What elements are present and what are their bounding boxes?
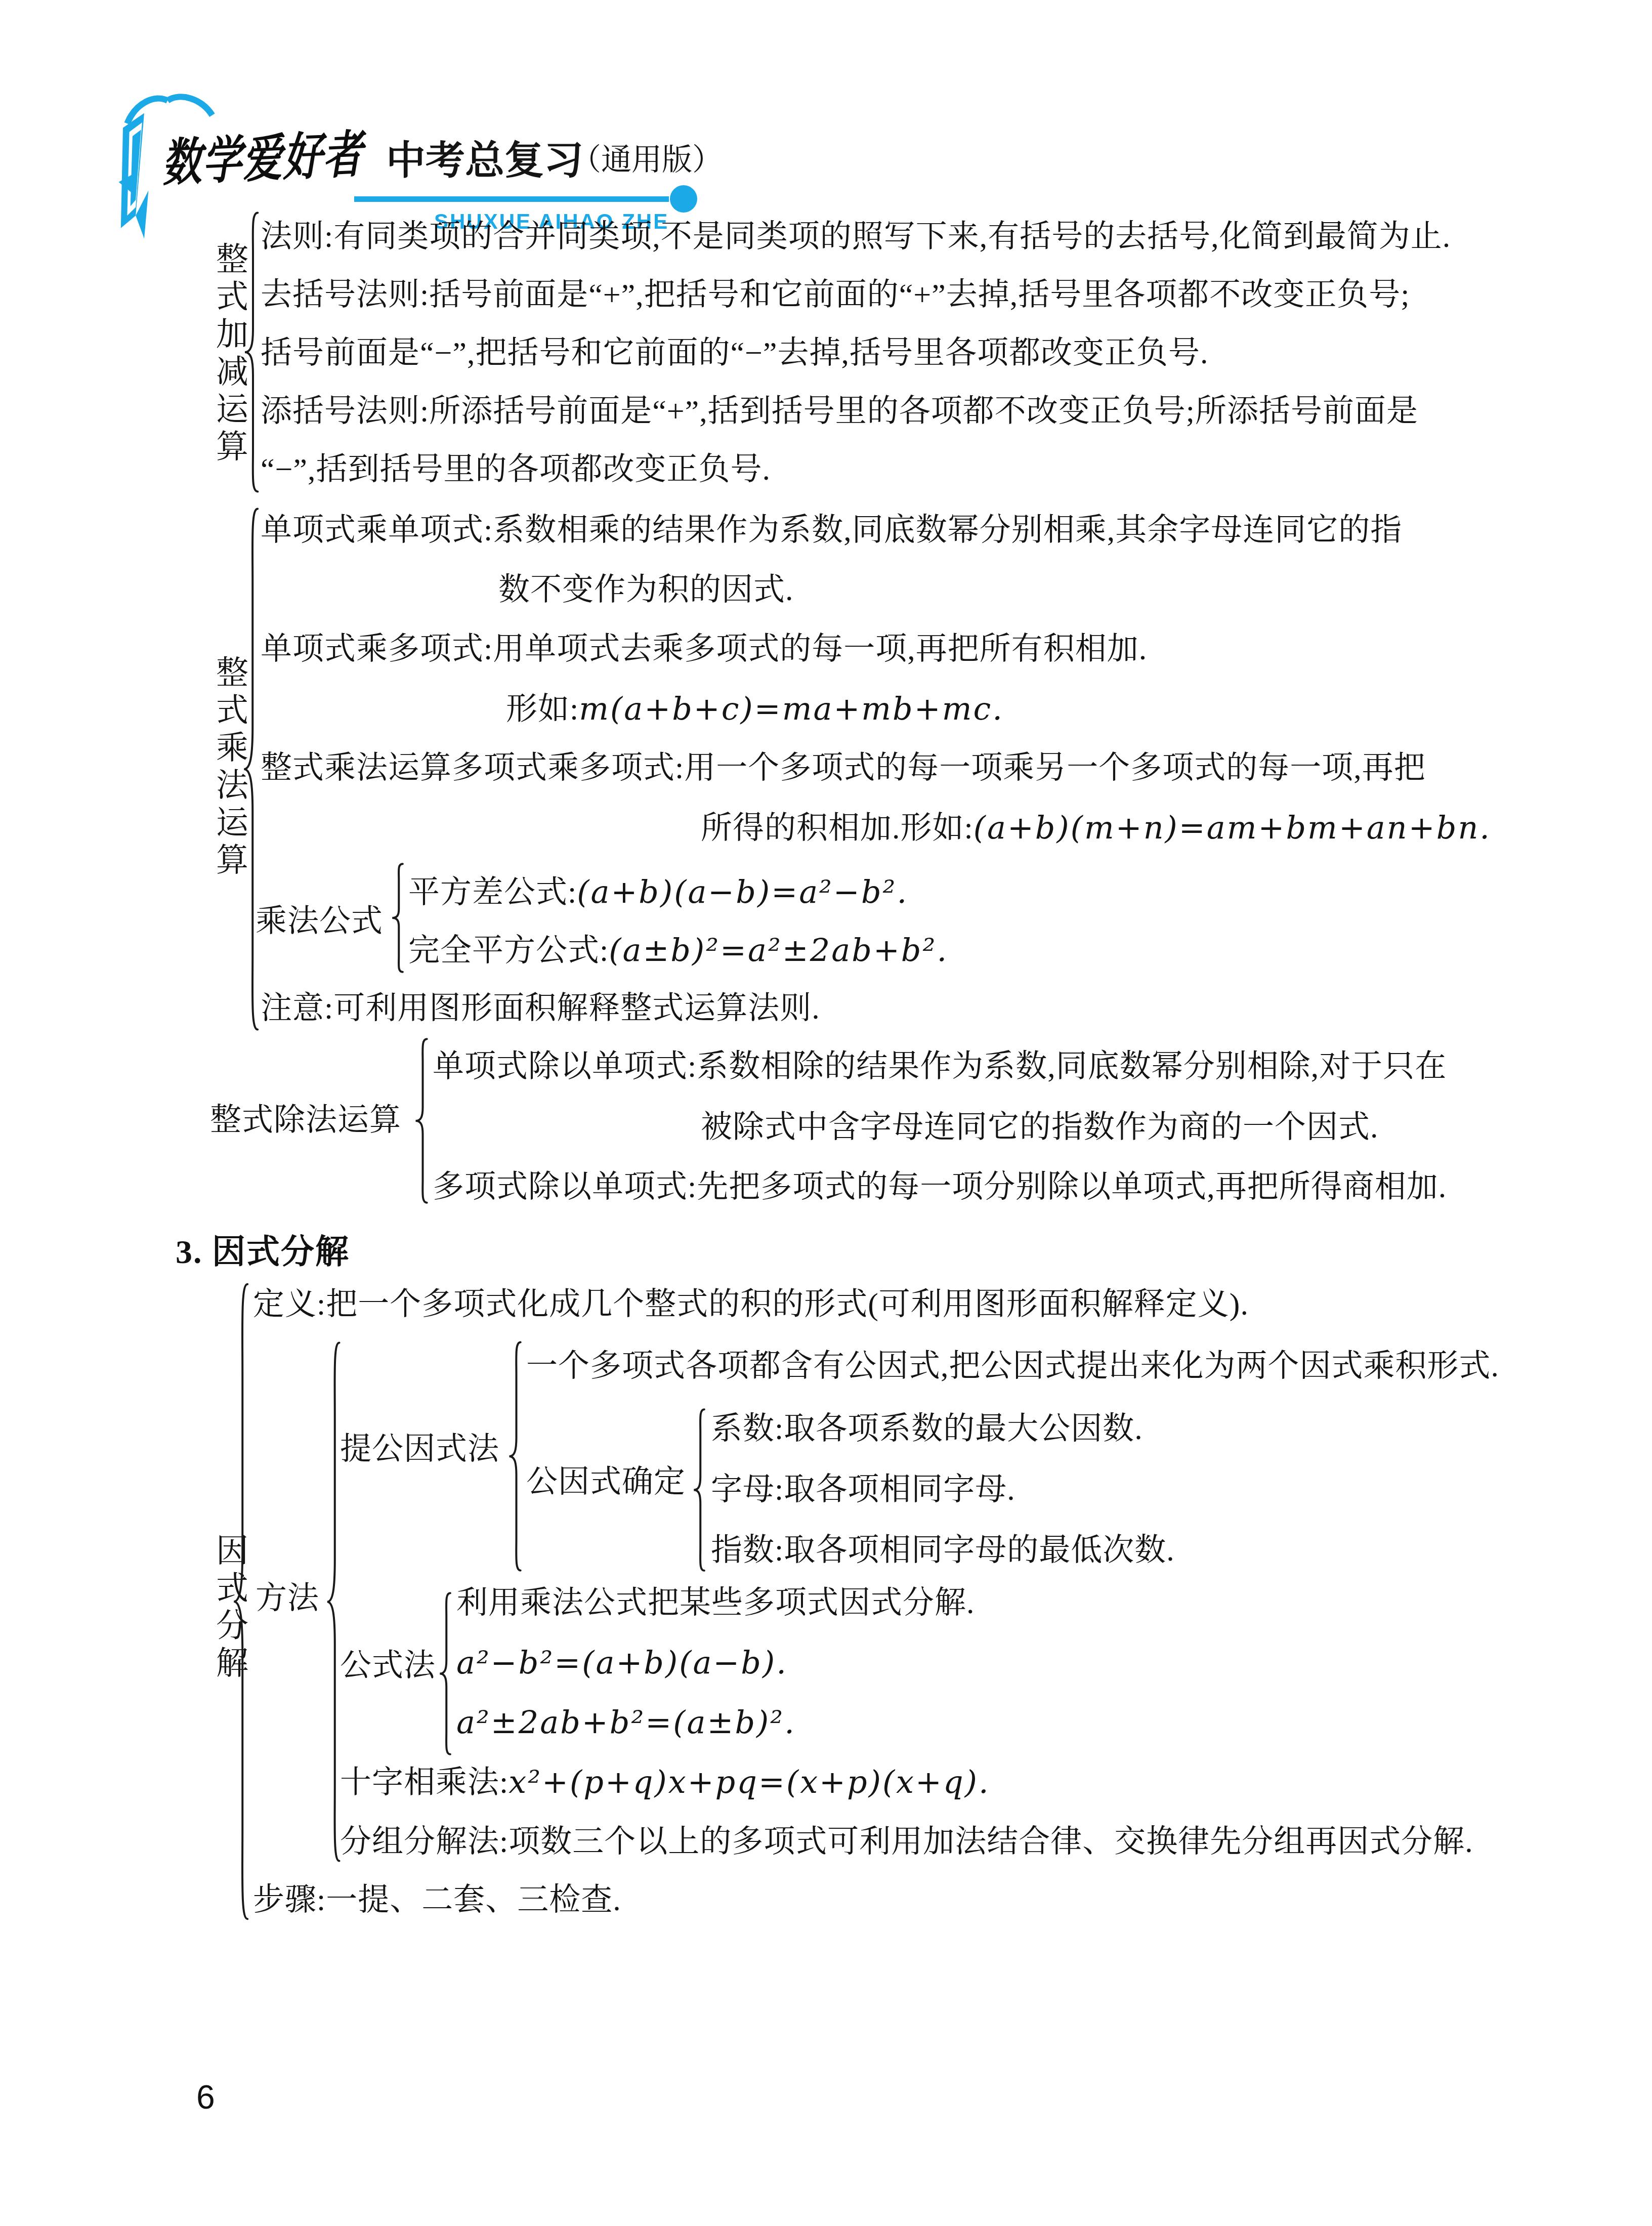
example-label: 所得的积相加.形如: bbox=[701, 811, 973, 846]
header-accent-dot bbox=[670, 185, 697, 213]
common-factor-intro-line: 一个多项式各项都含有公因式,把公因式提出来化为两个因式乘积形式. bbox=[526, 1346, 1499, 1387]
multiply-mono-poly-line: 单项式乘多项式:用单项式去乘多项式的每一项,再把所有积相加. bbox=[261, 629, 1147, 669]
determine-common-factor-label: 公因式确定 bbox=[526, 1462, 686, 1502]
formula-method-math2: a²±2ab+b²=(a±b)². bbox=[456, 1702, 796, 1743]
multiplication-formulas-label: 乘法公式 bbox=[256, 901, 383, 942]
addsub-remove-brackets-line2: 括号前面是“−”,把括号和它前面的“−”去掉,括号里各项都改变正负号. bbox=[261, 333, 1209, 373]
cross-multiplication-line: 十字相乘法:x²+(p+q)x+pq=(x+p)(x+q). bbox=[340, 1762, 990, 1803]
perfect-square-formula: 完全平方公式:(a±b)²=a²±2ab+b². bbox=[408, 930, 948, 971]
multiply-poly-poly-line1: 整式乘法运算多项式乘多项式:用一个多项式的每一项乘另一个多项式的每一项,再把 bbox=[261, 748, 1426, 788]
formula-label: 平方差公式: bbox=[408, 875, 577, 910]
factorization-heading: 3. 因式分解 bbox=[176, 1225, 350, 1273]
factor-definition-line: 定义:把一个多项式化成几个整式的积的形式(可利用图形面积解释定义). bbox=[253, 1284, 1249, 1325]
brand-logo-text: 数学爱好者 bbox=[161, 113, 364, 195]
example-formula: (a+b)(m+n)=am+bm+an+bn. bbox=[973, 809, 1491, 846]
square-difference-formula: 平方差公式:(a+b)(a−b)=a²−b². bbox=[408, 872, 908, 913]
cross-math: x²+(p+q)x+pq=(x+p)(x+q). bbox=[509, 1763, 990, 1800]
letter-rule-line: 字母:取各项相同字母. bbox=[711, 1469, 1015, 1510]
multiply-mono-poly-example: 形如:m(a+b+c)=ma+mb+mc. bbox=[506, 689, 1004, 730]
header-accent-rule bbox=[354, 196, 669, 202]
addsub-add-brackets-line1: 添括号法则:所添括号前面是“+”,括到括号里的各项都不改变正负号;所添括号前面是 bbox=[261, 391, 1418, 432]
section-addsub-brace bbox=[243, 210, 259, 494]
formula-math: (a+b)(a−b)=a²−b². bbox=[577, 873, 908, 910]
multiply-mono-mono-line2: 数不变作为积的因式. bbox=[498, 570, 794, 610]
formula-math: (a±b)²=a²±2ab+b². bbox=[609, 932, 948, 969]
page-number: 6 bbox=[196, 2078, 215, 2116]
cross-label: 十字相乘法: bbox=[340, 1766, 509, 1800]
coefficient-rule-line: 系数:取各项系数的最大公因数. bbox=[711, 1409, 1143, 1449]
section-factor-brace bbox=[232, 1278, 249, 1925]
divide-poly-mono-line: 多项式除以单项式:先把多项式的每一项分别除以单项式,再把所得商相加. bbox=[433, 1167, 1447, 1207]
determine-common-factor-brace bbox=[692, 1408, 705, 1572]
common-factor-brace bbox=[507, 1340, 522, 1573]
exponent-rule-line: 指数:取各项相同字母的最低次数. bbox=[711, 1530, 1175, 1571]
book-page: 数学爱好者 中考总复习 （通用版） SHUXUE AIHAO ZHE 整式加减运… bbox=[0, 0, 1652, 2226]
factor-steps-line: 步骤:一提、二套、三检查. bbox=[253, 1880, 621, 1920]
common-factor-method-label: 提公因式法 bbox=[340, 1429, 499, 1469]
formula-method-brace bbox=[438, 1591, 451, 1756]
page-title-suffix: （通用版） bbox=[571, 136, 723, 179]
section-divide-brace bbox=[414, 1037, 428, 1204]
formula-method-label: 公式法 bbox=[340, 1646, 436, 1686]
divide-mono-mono-line2: 被除式中含字母连同它的指数作为商的一个因式. bbox=[701, 1107, 1379, 1148]
formula-method-intro-line: 利用乘法公式把某些多项式因式分解. bbox=[456, 1583, 975, 1623]
addsub-rule-line: 法则:有同类项的合并同类项,不是同类项的照写下来,有括号的去括号,化简到最简为止… bbox=[261, 217, 1451, 257]
multiply-poly-poly-line2: 所得的积相加.形如:(a+b)(m+n)=am+bm+an+bn. bbox=[701, 808, 1491, 849]
factor-method-brace bbox=[325, 1337, 341, 1866]
section-multiply-label: 整式乘法运算 bbox=[213, 655, 246, 888]
example-formula: m(a+b+c)=ma+mb+mc. bbox=[579, 690, 1004, 727]
multiply-note-line: 注意:可利用图形面积解释整式运算法则. bbox=[261, 988, 820, 1029]
addsub-add-brackets-line2: “−”,括到括号里的各项都改变正负号. bbox=[261, 449, 771, 490]
section-addsub-label: 整式加减运算 bbox=[213, 242, 246, 475]
formula-label: 完全平方公式: bbox=[408, 934, 609, 968]
multiply-mono-mono-line1: 单项式乘单项式:系数相乘的结果作为系数,同底数幂分别相乘,其余字母连同它的指 bbox=[261, 510, 1402, 551]
multiplication-formulas-brace bbox=[391, 863, 404, 973]
section-multiply-brace bbox=[242, 503, 259, 1035]
page-title: 中考总复习 bbox=[386, 129, 583, 186]
factor-method-label: 方法 bbox=[256, 1578, 319, 1619]
example-label: 形如: bbox=[506, 692, 579, 727]
section-divide-label: 整式除法运算 bbox=[210, 1100, 401, 1141]
formula-method-math1: a²−b²=(a+b)(a−b). bbox=[456, 1643, 788, 1683]
addsub-remove-brackets-line1: 去括号法则:括号前面是“+”,把括号和它前面的“+”去掉,括号里各项都不改变正负… bbox=[261, 275, 1410, 315]
divide-mono-mono-line1: 单项式除以单项式:系数相除的结果作为系数,同底数幂分别相除,对于只在 bbox=[433, 1046, 1447, 1087]
grouping-method-line: 分组分解法:项数三个以上的多项式可利用加法结合律、交换律先分组再因式分解. bbox=[340, 1822, 1473, 1862]
